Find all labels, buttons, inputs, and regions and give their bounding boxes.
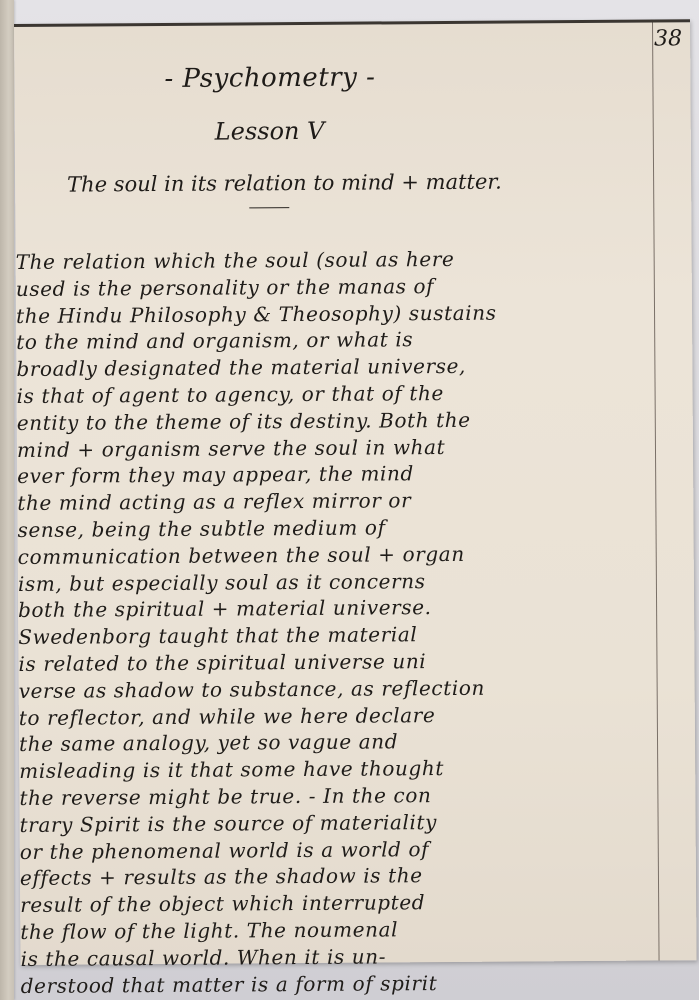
body-line: derstood that matter is a form of spirit: [21, 968, 657, 999]
subtitle-divider: [249, 207, 289, 208]
page-title: - Psychometry -: [164, 62, 375, 93]
handwritten-body: The relation which the soul (soul as her…: [16, 245, 657, 1000]
page-number: 38: [654, 26, 682, 51]
notebook-page: 38 - Psychometry - Lesson V The soul in …: [14, 19, 697, 965]
notebook-binding-edge: [0, 0, 14, 1000]
lesson-subtitle: The soul in its relation to mind + matte…: [67, 170, 502, 197]
lesson-heading: Lesson V: [215, 117, 325, 146]
